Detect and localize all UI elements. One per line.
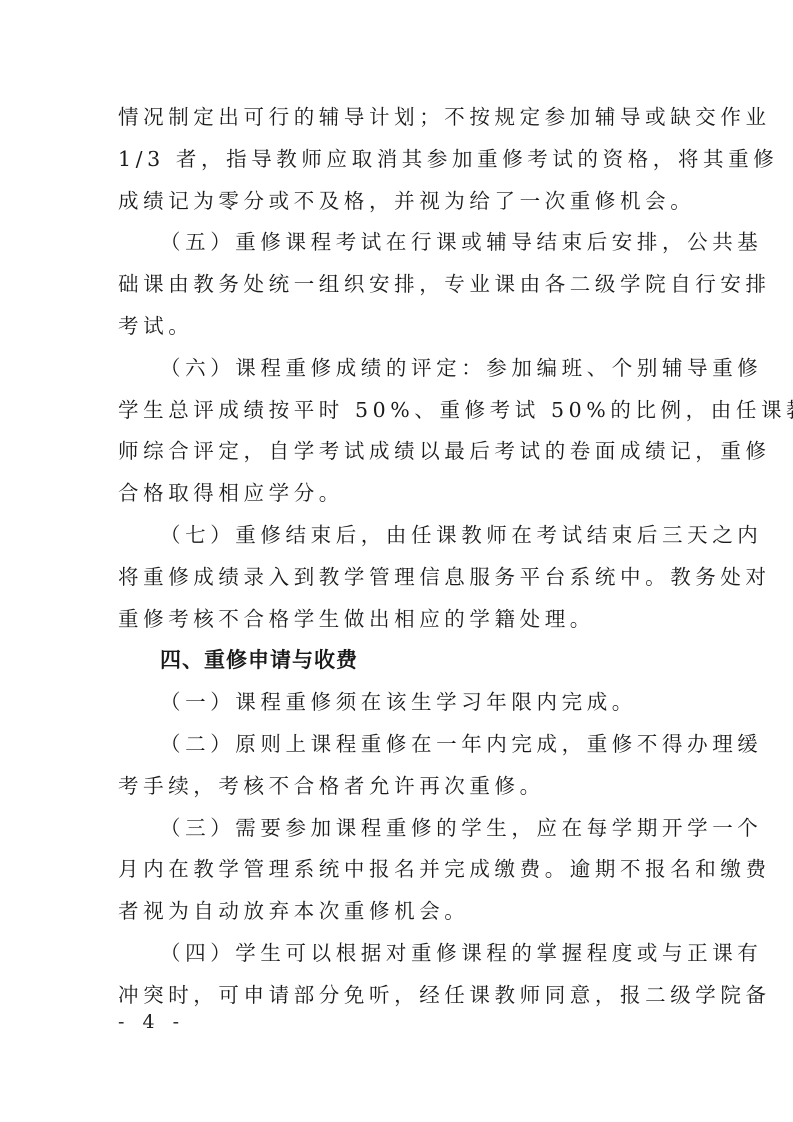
paragraph-line: （五）重修课程考试在行课或辅导结束后安排，公共基 <box>118 222 675 264</box>
paragraph-line: （四）学生可以根据对重修课程的掌握程度或与正课有 <box>118 933 675 975</box>
section-heading: 四、重修申请与收费 <box>118 640 675 682</box>
paragraph-line: 冲突时，可申请部分免听，经任课教师同意，报二级学院备 <box>118 975 675 1017</box>
paragraph-line: 础课由教务处统一组织安排，专业课由各二级学院自行安排 <box>118 264 675 306</box>
paragraph-line: （六）课程重修成绩的评定：参加编班、个别辅导重修 <box>118 348 675 390</box>
paragraph-line: 师综合评定，自学考试成绩以最后考试的卷面成绩记，重修 <box>118 431 675 473</box>
paragraph-line: 考试。 <box>118 306 675 348</box>
paragraph-line: （二）原则上课程重修在一年内完成，重修不得办理缓 <box>118 724 675 766</box>
paragraph-line: 考手续，考核不合格者允许再次重修。 <box>118 766 675 808</box>
paragraph-line: 月内在教学管理系统中报名并完成缴费。逾期不报名和缴费 <box>118 849 675 891</box>
paragraph-line: 者视为自动放弃本次重修机会。 <box>118 891 675 933</box>
paragraph-line: （三）需要参加课程重修的学生，应在每学期开学一个 <box>118 808 675 850</box>
paragraph-line: （一）课程重修须在该生学习年限内完成。 <box>118 682 675 724</box>
page-number: - 4 - <box>118 1011 185 1033</box>
paragraph-line: （七）重修结束后，由任课教师在考试结束后三天之内 <box>118 515 675 557</box>
paragraph-line: 重修考核不合格学生做出相应的学籍处理。 <box>118 599 675 641</box>
paragraph-line: 学生总评成绩按平时 50%、重修考试 50%的比例，由任课教 <box>118 390 675 432</box>
paragraph-line: 情况制定出可行的辅导计划；不按规定参加辅导或缺交作业 <box>118 97 675 139</box>
paragraph-line: 将重修成绩录入到教学管理信息服务平台系统中。教务处对 <box>118 557 675 599</box>
paragraph-line: 合格取得相应学分。 <box>118 473 675 515</box>
paragraph-line: 成绩记为零分或不及格，并视为给了一次重修机会。 <box>118 181 675 223</box>
paragraph-line: 1/3 者，指导教师应取消其参加重修考试的资格，将其重修 <box>118 139 675 181</box>
document-page: 情况制定出可行的辅导计划；不按规定参加辅导或缺交作业 1/3 者，指导教师应取消… <box>118 97 675 1017</box>
